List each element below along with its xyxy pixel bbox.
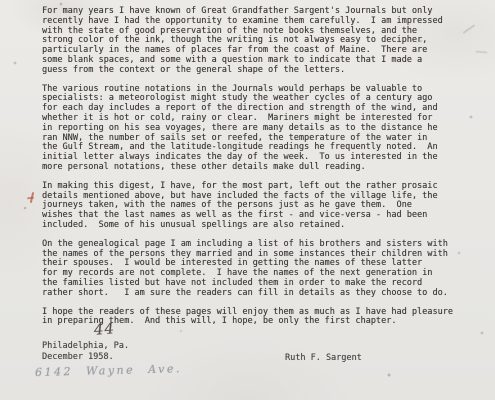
footer-place: Philadelphia, Pa.	[42, 341, 482, 352]
handwritten-page-number: 44	[94, 323, 116, 336]
document-page: For many years I have known of Great Gra…	[0, 0, 495, 400]
paragraph-2: The various routine notations in the Jou…	[42, 85, 482, 173]
paragraph-1: For many years I have known of Great Gra…	[42, 7, 482, 76]
paper-stain-specks	[0, 0, 2, 2]
footer-date: December 1958.	[42, 352, 114, 362]
document-footer: 44 Philadelphia, Pa. December 1958. Ruth…	[42, 341, 482, 378]
red-pencil-margin-mark	[27, 192, 35, 204]
document-body: For many years I have known of Great Gra…	[42, 7, 482, 378]
paragraph-4: On the genealogical page I am including …	[42, 240, 482, 299]
paragraph-3: In making this digest, I have, for the m…	[42, 182, 482, 231]
